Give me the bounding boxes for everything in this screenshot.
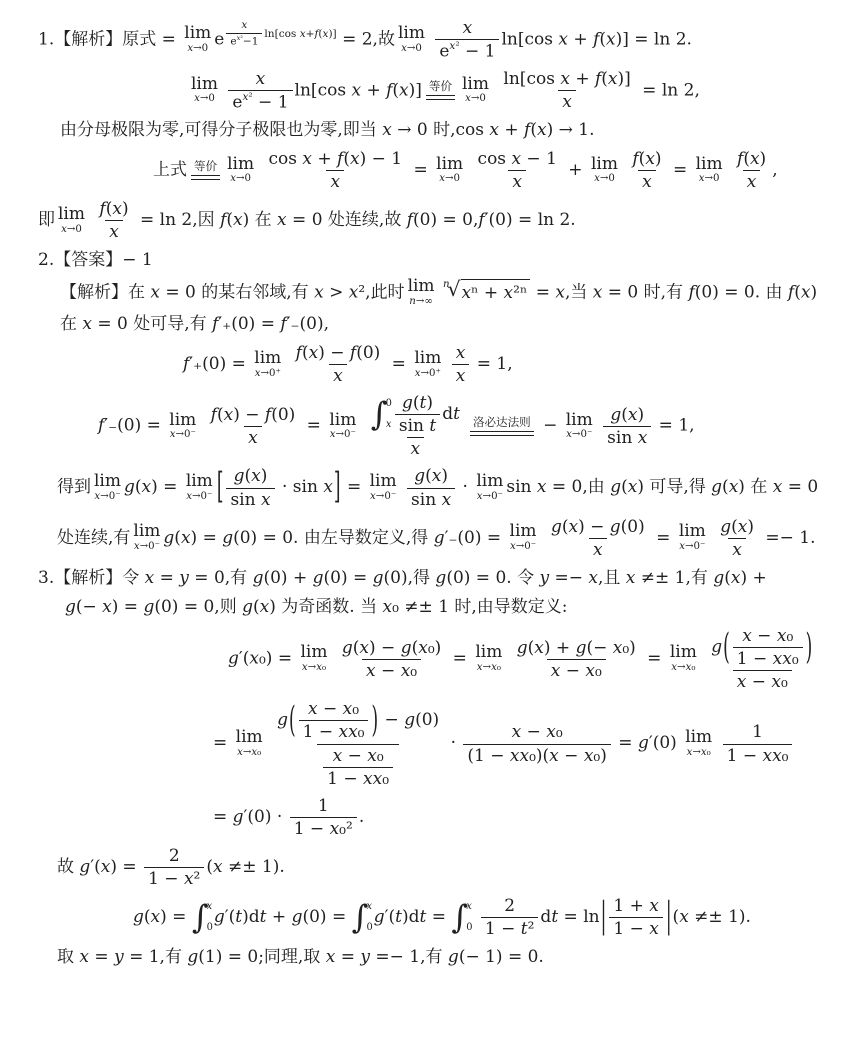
double-equals-line — [470, 431, 534, 436]
limit-subscript: x→0⁻ — [510, 542, 536, 553]
numerator: f(x) — [95, 198, 132, 220]
denominator: x — [105, 220, 123, 243]
right-delimiter: ) — [370, 698, 379, 744]
limit-subscript: x→0⁻ — [679, 542, 705, 553]
fraction: xex² − 1 — [435, 17, 499, 63]
limit-operator: limx→x₀ — [685, 729, 712, 759]
denominator: x — [508, 170, 526, 193]
fraction: ln[cos x + f(x)]x — [499, 68, 634, 113]
upper-limit: 0 — [386, 399, 392, 409]
limit-word: lim — [398, 25, 425, 43]
numerator: f(x) — [628, 148, 665, 170]
numerator: f(x) − f(0) — [207, 404, 300, 426]
numerator: x — [459, 17, 477, 39]
limit-subscript: x→0 — [194, 94, 215, 105]
limit-subscript: x→0⁻ — [477, 492, 503, 503]
integral: ∫x0 — [451, 902, 472, 933]
double-equals-line — [191, 175, 220, 180]
limit-word: lim — [408, 278, 435, 296]
denominator: sin x — [603, 426, 651, 449]
numerator: ∫0xg(t)sin tdt — [367, 392, 464, 437]
limit-operator: limx→0⁺ — [414, 350, 441, 380]
limit-operator: limx→0⁻ — [566, 412, 593, 442]
limit-subscript: x→x₀ — [302, 663, 326, 674]
text-line: 即limx→0 f(x)x = ln 2,因 f(x) 在 x = 0 处连续,… — [38, 198, 837, 243]
fraction: cos x − 1x — [474, 148, 561, 193]
denominator: 1 − x — [609, 917, 662, 940]
limit-word: lim — [685, 729, 712, 747]
upper-limit: x — [207, 902, 213, 912]
group-body: 1 + x1 − x — [607, 895, 664, 940]
denominator: (1 − xx₀)(x − x₀) — [463, 744, 610, 767]
limit-operator: limx→0⁻ — [510, 523, 537, 553]
radicand: xⁿ + x²ⁿ — [461, 279, 531, 306]
fraction: 11 − xx₀ — [723, 721, 793, 766]
fraction: 21 − t² — [481, 895, 539, 940]
right-delimiter: | — [665, 892, 673, 944]
left-delimiter: ( — [722, 624, 731, 670]
integral: ∫x0 — [352, 902, 373, 933]
limit-operator: limx→0⁻ — [329, 412, 356, 442]
numerator: ln[cos x + f(x)] — [499, 68, 634, 90]
denominator: x — [558, 90, 576, 113]
fraction: 1 + x1 − x — [609, 895, 662, 940]
fraction: cos x + f(x) − 1x — [265, 148, 407, 193]
denominator: x — [728, 538, 746, 561]
denominator: 1 − xx₀ — [323, 767, 393, 790]
numerator: g(t) — [398, 392, 437, 414]
numerator: g(x) + g(− x₀) — [513, 637, 640, 659]
denominator: 1 − t² — [481, 917, 539, 940]
numerator: f(x) — [733, 148, 770, 170]
limit-subscript: x→0⁻ — [330, 430, 356, 441]
text-line: 取 x = y = 1,有 g(1) = 0;同理,取 x = y =− 1,有… — [57, 945, 837, 970]
limit-word: lim — [670, 644, 697, 662]
equals-annotation: 等价 — [191, 161, 220, 173]
denominator: 1 − x₀² — [290, 817, 357, 840]
fraction: g(x − x₀1 − xx₀) − g(0)x − x₀1 − xx₀ — [273, 698, 443, 789]
fraction: f(x) − f(0)x — [207, 404, 300, 449]
limit-word: lim — [133, 523, 160, 541]
limit-operator: limx→0⁻ — [370, 473, 397, 503]
display-equation: 上式等价limx→0 cos x + f(x) − 1x = limx→0 co… — [153, 148, 837, 193]
right-delimiter: ] — [333, 462, 342, 514]
numerator: x − x₀ — [508, 721, 567, 743]
numerator: g(x) — [606, 404, 648, 426]
integral-limits: x0 — [366, 902, 372, 933]
denominator: 1 − xx₀ — [723, 744, 793, 767]
display-equation: limx→0 xex² − 1ln[cos x + f(x)]等价limx→0 … — [188, 68, 837, 114]
limit-subscript: x→0⁻ — [170, 430, 196, 441]
limit-word: lim — [696, 156, 723, 174]
integral-limits: x0 — [207, 902, 213, 933]
limit-subscript: x→0 — [439, 174, 460, 185]
numerator: g(x − x₀1 − xx₀) − g(0) — [273, 698, 443, 743]
text-line: 3.【解析】令 x = y = 0,有 g(0) + g(0) = g(0),得… — [38, 566, 837, 591]
limit-operator: limx→0 — [436, 156, 463, 186]
denominator: ex² − 1 — [435, 39, 499, 62]
limit-operator: limx→x₀ — [236, 729, 263, 759]
lower-limit: 0 — [366, 923, 372, 933]
text-line: 处连续,有limx→0⁻g(x) = g(0) = 0. 由左导数定义,得 g′… — [57, 516, 837, 561]
text-line: g(− x) = g(0) = 0,则 g(x) 为奇函数. 当 x₀ ≠± 1… — [65, 595, 837, 620]
denominator: x − x₀ — [733, 670, 792, 693]
numerator: cos x + f(x) − 1 — [265, 148, 407, 170]
limit-subscript: x→0⁻ — [134, 542, 160, 553]
fraction: xex² − 1 — [228, 68, 292, 114]
fraction: g(x)sin x — [226, 465, 274, 510]
integral-limits: x0 — [466, 902, 472, 933]
text-line: 1.【解析】原式 = limx→0exex²−1ln[cos x+f(x)] =… — [38, 17, 837, 63]
limit-operator: limx→x₀ — [670, 644, 697, 674]
numerator: x − x₀ — [329, 745, 388, 767]
limit-word: lim — [186, 473, 213, 491]
paren-group: (x − x₀1 − xx₀) — [722, 625, 813, 670]
numerator: g(x) — [716, 516, 758, 538]
left-delimiter: [ — [216, 462, 225, 514]
text-line: 由分母极限为零,可得分子极限也为零,即当 x → 0 时,cos x + f(x… — [60, 118, 837, 143]
limit-subscript: x→0⁻ — [370, 492, 396, 503]
fraction: g(t)sin t — [395, 392, 440, 437]
nth-root: n√xⁿ + x²ⁿ — [443, 279, 530, 306]
limit-subscript: x→0⁻ — [94, 492, 120, 503]
abs-group: |1 + x1 − x| — [600, 895, 673, 940]
denominator: x — [638, 170, 656, 193]
display-equation: = limx→x₀ g(x − x₀1 − xx₀) − g(0)x − x₀1… — [213, 698, 837, 789]
limit-operator: limx→0⁻ — [133, 523, 160, 553]
text-line: 在 x = 0 处可导,有 f′₊(0) = f′₋(0), — [60, 312, 837, 337]
limit-operator: limx→0 — [184, 25, 211, 55]
numerator: 2 — [500, 895, 519, 917]
denominator: sin x — [226, 488, 274, 511]
limit-operator: limx→0 — [591, 156, 618, 186]
group-body: x − x₀1 − xx₀ — [731, 625, 805, 670]
fraction: x − x₀1 − xx₀ — [323, 745, 393, 790]
denominator: 1 − x² — [144, 867, 204, 890]
denominator: x − x₀ — [362, 659, 421, 682]
lower-limit: x — [386, 420, 392, 430]
superscript: x² — [242, 91, 252, 105]
fraction: f(x) − f(0)x — [292, 342, 385, 387]
limit-word: lim — [236, 729, 263, 747]
limit-subscript: x→0 — [187, 44, 208, 55]
limit-subscript: x→0 — [230, 174, 251, 185]
solution-document: 1.【解析】原式 = limx→0exex²−1ln[cos x+f(x)] =… — [0, 0, 857, 1046]
superscript: xex²−1ln[cos x+f(x)] — [224, 19, 336, 49]
limit-word: lim — [58, 206, 85, 224]
limit-word: lim — [510, 523, 537, 541]
annotated-equals: 等价 — [426, 81, 455, 100]
limit-word: lim — [436, 156, 463, 174]
annotated-equals: 等价 — [191, 161, 220, 180]
fraction: g(x − x₀1 − xx₀)x − x₀ — [707, 625, 817, 693]
limit-subscript: x→x₀ — [687, 748, 711, 759]
lower-limit: 0 — [207, 923, 213, 933]
limit-word: lim — [679, 523, 706, 541]
limit-subscript: x→0 — [465, 94, 486, 105]
fraction: g(x)x — [716, 516, 758, 561]
limit-operator: limx→x₀ — [475, 644, 502, 674]
limit-operator: limx→0 — [227, 156, 254, 186]
fraction: f(x)x — [733, 148, 770, 193]
denominator: sin t — [395, 414, 440, 437]
limit-operator: limx→0⁻ — [169, 412, 196, 442]
limit-word: lim — [184, 25, 211, 43]
limit-subscript: x→x₀ — [237, 748, 261, 759]
fraction: g(x)sin x — [407, 465, 455, 510]
bracket-group: [g(x)sin x · sin x] — [216, 465, 342, 510]
numerator: x — [252, 68, 270, 90]
display-equation: g(x) = ∫x0g′(t)dt + g(0) = ∫x0g′(t)dt = … — [133, 895, 837, 940]
upper-limit: x — [366, 902, 372, 912]
numerator: g(x) — [410, 465, 452, 487]
numerator: 1 + x — [609, 895, 662, 917]
numerator: 1 — [314, 795, 333, 817]
limit-subscript: x→x₀ — [671, 663, 695, 674]
equals-annotation: 洛必达法则 — [470, 417, 534, 429]
text-line: 【解析】在 x = 0 的某右邻域,有 x > x²,此时limn→∞ n√xⁿ… — [60, 278, 837, 308]
left-delimiter: | — [600, 892, 608, 944]
fraction: g(x)sin x — [603, 404, 651, 449]
display-equation: f′₊(0) = limx→0⁺ f(x) − f(0)x = limx→0⁺ … — [183, 342, 837, 387]
display-equation: = g′(0) · 11 − x₀². — [213, 795, 837, 840]
group-body: x − x₀1 − xx₀ — [297, 698, 371, 743]
denominator: ex² − 1 — [228, 90, 292, 113]
limit-operator: limx→0⁻ — [476, 473, 503, 503]
numerator: x − x₀ — [738, 625, 797, 647]
fraction: xex²−1 — [226, 19, 262, 49]
fraction: xx — [452, 342, 470, 387]
radical-sign: √ — [448, 279, 461, 299]
integral: ∫x0 — [192, 902, 213, 933]
denominator: x — [244, 426, 262, 449]
denominator: ex²−1 — [226, 33, 262, 49]
limit-word: lim — [254, 350, 281, 368]
numerator: x — [237, 19, 251, 33]
fraction: 21 − x² — [144, 845, 204, 890]
limit-operator: limx→0 — [58, 206, 85, 236]
integral-limits: 0x — [386, 399, 392, 430]
limit-word: lim — [414, 350, 441, 368]
numerator: x − x₀ — [304, 698, 363, 720]
solution-lines: 1.【解析】原式 = limx→0exex²−1ln[cos x+f(x)] =… — [38, 17, 837, 970]
limit-subscript: x→0⁺ — [415, 369, 441, 380]
text-line: 得到limx→0⁻g(x) = limx→0⁻[g(x)sin x · sin … — [57, 465, 837, 510]
fraction: x − x₀(1 − xx₀)(x − x₀) — [463, 721, 610, 766]
numerator: 1 — [748, 721, 767, 743]
fraction: f(x)x — [95, 198, 132, 243]
limit-subscript: x→x₀ — [477, 663, 501, 674]
fraction: x − x₀1 − xx₀ — [733, 625, 803, 670]
denominator: x — [329, 364, 347, 387]
limit-subscript: x→0 — [61, 225, 82, 236]
numerator: 2 — [165, 845, 184, 867]
limit-word: lim — [566, 412, 593, 430]
limit-subscript: x→0 — [401, 44, 422, 55]
limit-word: lim — [227, 156, 254, 174]
denominator: x — [452, 364, 470, 387]
limit-subscript: n→∞ — [409, 297, 433, 308]
fraction: g(x) − g(0)x — [547, 516, 649, 561]
limit-subscript: x→0⁻ — [566, 430, 592, 441]
numerator: g(x − x₀1 − xx₀) — [707, 625, 817, 670]
limit-operator: limn→∞ — [408, 278, 435, 308]
numerator: x — [452, 342, 470, 364]
denominator: x — [589, 538, 607, 561]
denominator: x − x₀1 − xx₀ — [317, 744, 399, 790]
double-equals-line — [426, 95, 455, 100]
denominator: 1 − xx₀ — [299, 720, 369, 743]
limit-word: lim — [591, 156, 618, 174]
numerator: f(x) − f(0) — [292, 342, 385, 364]
limit-operator: limx→0 — [696, 156, 723, 186]
limit-subscript: x→0 — [594, 174, 615, 185]
limit-operator: limx→0⁻ — [94, 473, 121, 503]
right-delimiter: ) — [805, 624, 814, 670]
paren-group: (x − x₀1 − xx₀) — [288, 698, 379, 743]
numerator: cos x − 1 — [474, 148, 561, 170]
text-line: 2.【答案】− 1 — [38, 248, 837, 273]
superscript: x² — [237, 34, 243, 42]
limit-subscript: x→0⁺ — [255, 369, 281, 380]
numerator: g(x) — [230, 465, 272, 487]
equals-annotation: 等价 — [426, 81, 455, 93]
display-equation: g′(x₀) = limx→x₀ g(x) − g(x₀)x − x₀ = li… — [228, 625, 837, 693]
limit-operator: limx→0 — [462, 76, 489, 106]
limit-word: lim — [475, 644, 502, 662]
limit-word: lim — [169, 412, 196, 430]
denominator: x — [743, 170, 761, 193]
superscript: x² — [449, 40, 459, 54]
lower-limit: 0 — [466, 923, 472, 933]
limit-word: lim — [462, 76, 489, 94]
group-body: g(x)sin x · sin x — [224, 465, 332, 510]
limit-operator: limx→0⁻ — [679, 523, 706, 553]
denominator: x — [407, 437, 425, 460]
limit-word: lim — [94, 473, 121, 491]
fraction: x − x₀1 − xx₀ — [299, 698, 369, 743]
fraction: 11 − x₀² — [290, 795, 357, 840]
limit-subscript: x→0 — [699, 174, 720, 185]
limit-word: lim — [476, 473, 503, 491]
limit-operator: limx→0⁺ — [254, 350, 281, 380]
left-delimiter: ( — [288, 698, 297, 744]
denominator: x — [326, 170, 344, 193]
limit-word: lim — [300, 644, 327, 662]
fraction: g(x) − g(x₀)x − x₀ — [338, 637, 445, 682]
limit-word: lim — [191, 76, 218, 94]
limit-subscript: x→0⁻ — [186, 492, 212, 503]
limit-operator: limx→0 — [191, 76, 218, 106]
limit-operator: limx→x₀ — [300, 644, 327, 674]
fraction: f(x)x — [628, 148, 665, 193]
fraction: g(x) + g(− x₀)x − x₀ — [513, 637, 640, 682]
display-equation: f′₋(0) = limx→0⁻ f(x) − f(0)x = limx→0⁻ … — [98, 392, 837, 460]
integral: ∫0x — [371, 399, 392, 430]
limit-operator: limx→0⁻ — [186, 473, 213, 503]
numerator: g(x) − g(0) — [547, 516, 649, 538]
numerator: g(x) − g(x₀) — [338, 637, 445, 659]
denominator: sin x — [407, 488, 455, 511]
limit-word: lim — [329, 412, 356, 430]
limit-operator: limx→0 — [398, 25, 425, 55]
annotated-equals: 洛必达法则 — [470, 417, 534, 436]
denominator: x − x₀ — [547, 659, 606, 682]
limit-word: lim — [370, 473, 397, 491]
upper-limit: x — [466, 902, 472, 912]
denominator: 1 − xx₀ — [733, 647, 803, 670]
text-line: 故 g′(x) = 21 − x²(x ≠± 1). — [57, 845, 837, 890]
fraction: ∫0xg(t)sin tdtx — [367, 392, 464, 460]
